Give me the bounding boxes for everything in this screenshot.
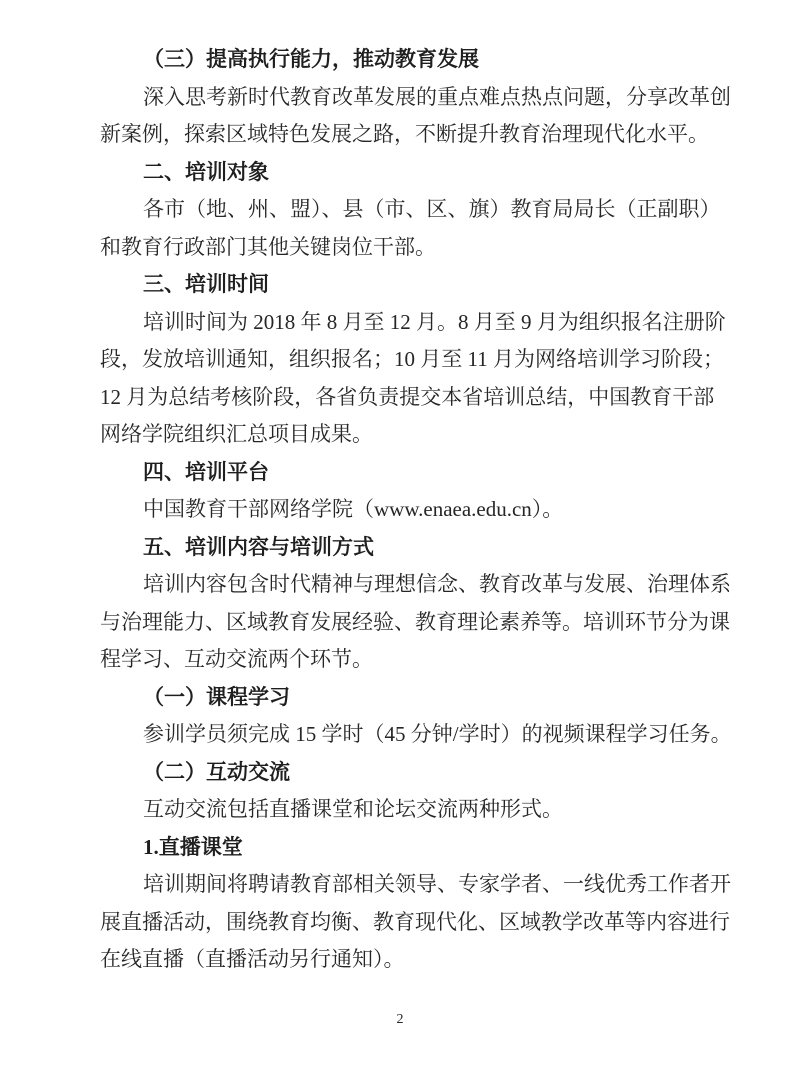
body-text-line: 程学习、互动交流两个环节。 [100, 641, 712, 679]
heading-training-time: 三、培训时间 [100, 266, 712, 304]
heading-training-platform: 四、培训平台 [100, 454, 712, 492]
body-text-line: 培训期间将聘请教育部相关领导、专家学者、一线优秀工作者开 [100, 866, 712, 904]
page-number: 2 [0, 1010, 800, 1030]
heading-training-target: 二、培训对象 [100, 154, 712, 192]
subheading-improve-execution: （三）提高执行能力，推动教育发展 [100, 41, 712, 79]
body-text-line: 深入思考新时代教育改革发展的重点难点热点问题，分享改革创 [100, 79, 712, 117]
body-text-line: 12 月为总结考核阶段，各省负责提交本省培训总结，中国教育干部 [100, 379, 712, 417]
document-text-block: （三）提高执行能力，推动教育发展 深入思考新时代教育改革发展的重点难点热点问题，… [100, 41, 712, 979]
subheading-interactive-exchange: （二）互动交流 [100, 754, 712, 792]
body-text-line: 培训内容包含时代精神与理想信念、教育改革与发展、治理体系 [100, 566, 712, 604]
body-text-line: 展直播活动，围绕教育均衡、教育现代化、区域教学改革等内容进行 [100, 904, 712, 942]
body-text-line: 新案例，探索区域特色发展之路，不断提升教育治理现代化水平。 [100, 116, 712, 154]
body-text-line: 参训学员须完成 15 学时（45 分钟/学时）的视频课程学习任务。 [100, 716, 712, 754]
body-text-line-platform-url: 中国教育干部网络学院（www.enaea.edu.cn）。 [100, 491, 712, 529]
body-text-line: 与治理能力、区域教育发展经验、教育理论素养等。培训环节分为课 [100, 604, 712, 642]
subheading-live-classroom: 1.直播课堂 [100, 829, 712, 867]
body-text-line: 段，发放培训通知，组织报名；10 月至 11 月为网络培训学习阶段； [100, 341, 712, 379]
document-page: （三）提高执行能力，推动教育发展 深入思考新时代教育改革发展的重点难点热点问题，… [0, 0, 800, 1079]
heading-training-content-method: 五、培训内容与培训方式 [100, 529, 712, 567]
body-text-line: 互动交流包括直播课堂和论坛交流两种形式。 [100, 791, 712, 829]
body-text-line: 各市（地、州、盟）、县（市、区、旗）教育局局长（正副职） [100, 191, 712, 229]
body-text-line: 培训时间为 2018 年 8 月至 12 月。8 月至 9 月为组织报名注册阶 [100, 304, 712, 342]
body-text-line: 在线直播（直播活动另行通知）。 [100, 941, 712, 979]
subheading-course-study: （一）课程学习 [100, 679, 712, 717]
body-text-line: 和教育行政部门其他关键岗位干部。 [100, 229, 712, 267]
body-text-line: 网络学院组织汇总项目成果。 [100, 416, 712, 454]
